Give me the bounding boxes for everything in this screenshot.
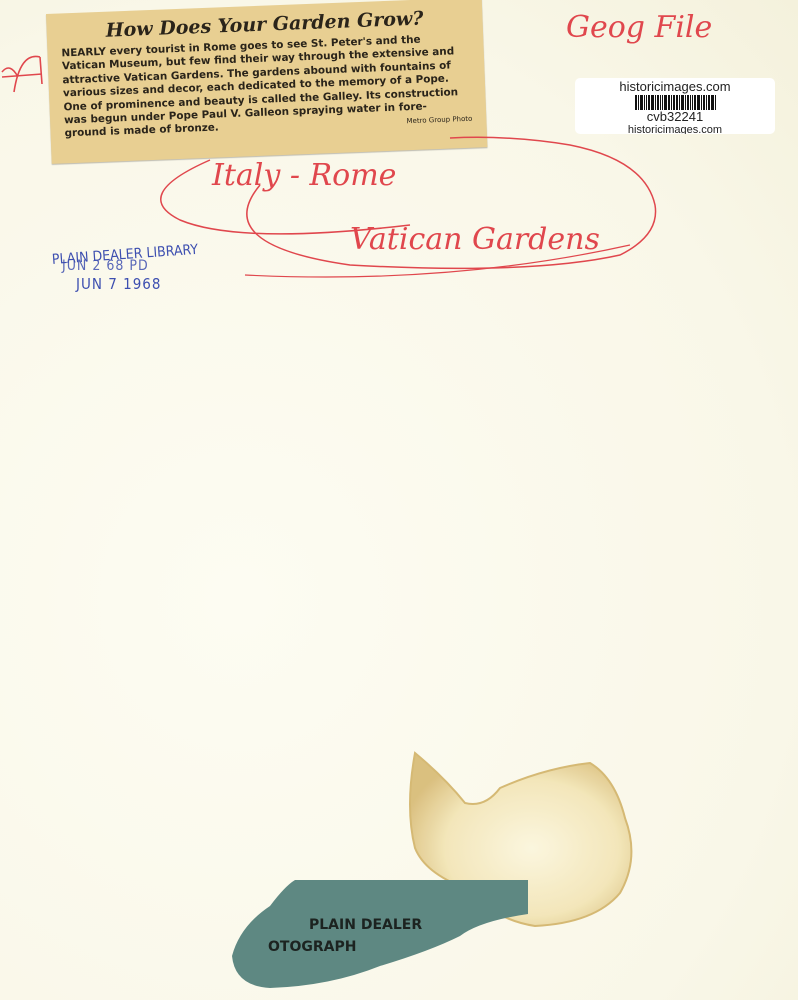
- margin-mark-icon: [0, 52, 50, 102]
- stamp-received-date: JUN 2 68 PD: [62, 258, 149, 274]
- handwritten-file-label: Geog File: [566, 10, 712, 45]
- barcode-site: historicimages.com: [575, 80, 775, 93]
- sticker-line2: OTOGRAPH: [268, 939, 356, 955]
- stamp-filed-date: JUN 7 1968: [76, 276, 198, 292]
- barcode-label: historicimages.com cvb32241 historicimag…: [575, 78, 775, 134]
- barcode-number: cvb32241: [575, 110, 775, 124]
- photograph-sticker-icon: [230, 876, 530, 996]
- handwritten-subject: Vatican Gardens: [350, 222, 600, 257]
- barcode-icon: [620, 95, 730, 110]
- library-date-stamp: PLAIN DEALER LIBRARY JUN 2 68 PD JUN 7 1…: [52, 252, 198, 292]
- clipping-body: NEARLY every tourist in Rome goes to see…: [61, 32, 472, 141]
- handwritten-location: Italy - Rome: [212, 158, 396, 193]
- barcode-site-repeat: historicimages.com: [575, 125, 775, 134]
- photo-credit: Metro Group Photo: [406, 113, 472, 129]
- sticker-line1: PLAIN DEALER: [309, 917, 422, 933]
